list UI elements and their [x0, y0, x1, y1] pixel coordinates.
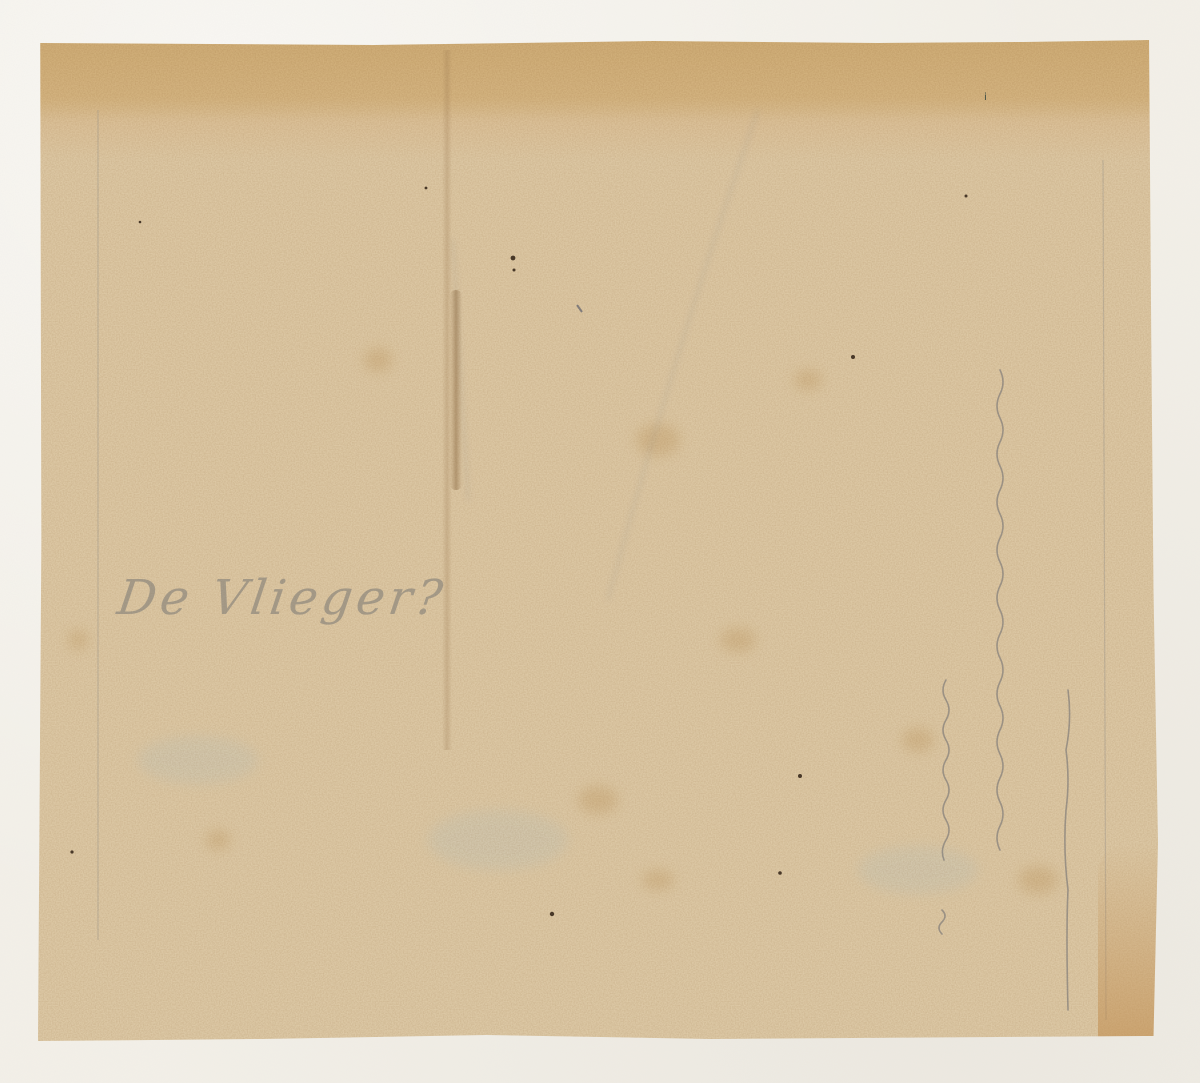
pencil-inscription-attribution: De Vlieger? — [114, 570, 450, 626]
paper-texture — [38, 40, 1158, 1043]
corner-water-stain — [1098, 843, 1158, 1043]
paper-sheet: De Vlieger? i — [38, 40, 1158, 1043]
crease-stain — [450, 290, 462, 490]
